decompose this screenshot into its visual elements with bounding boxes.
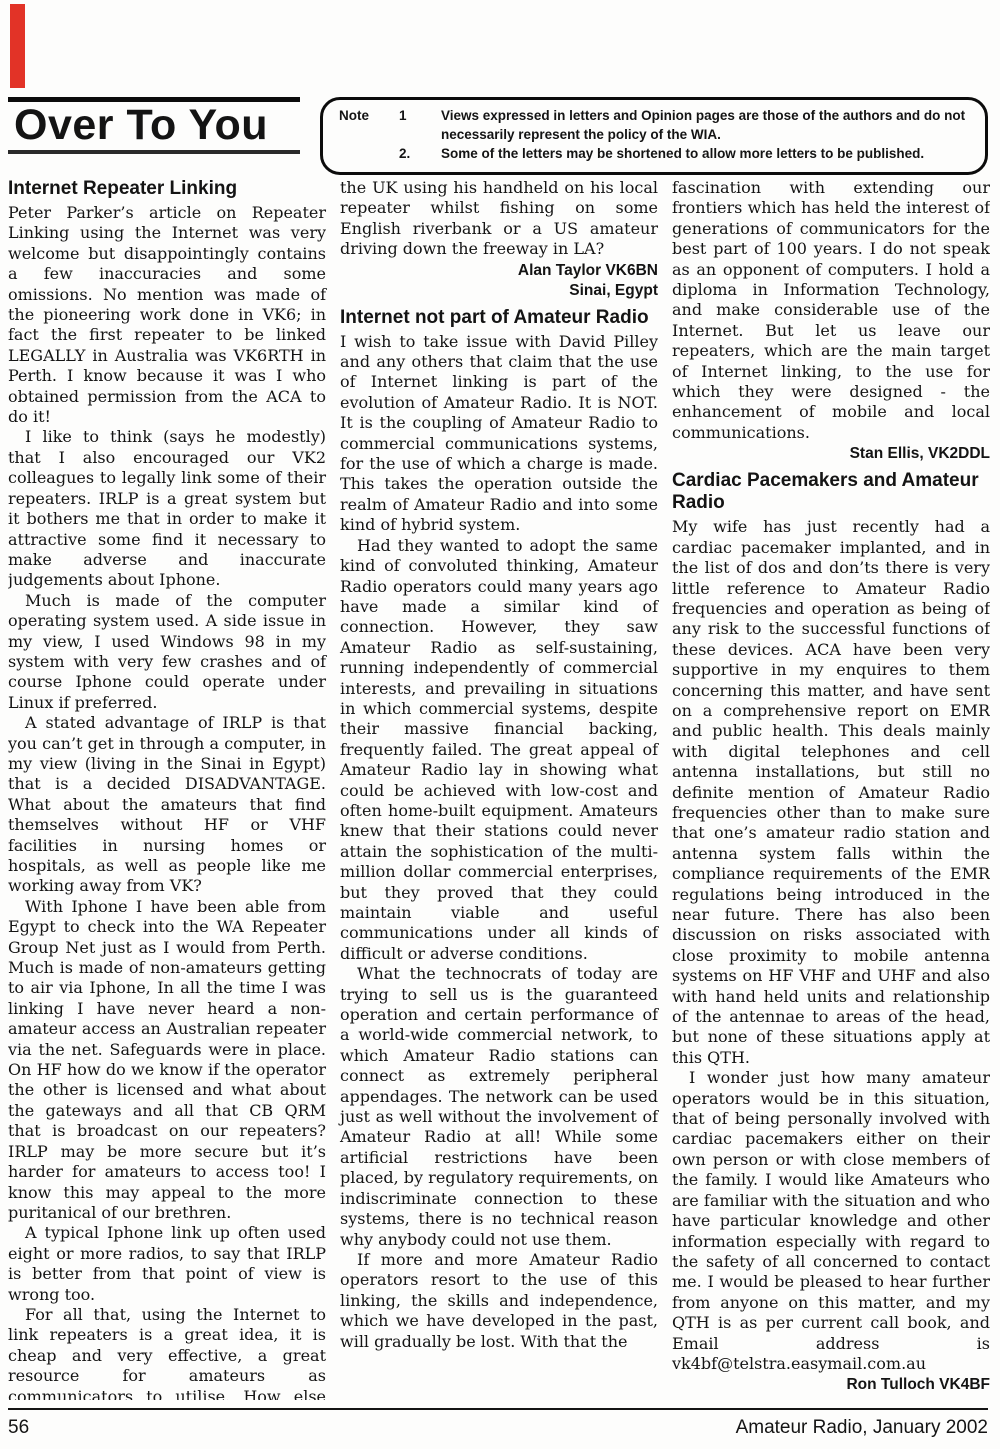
column-1: Internet Repeater Linking Peter Parker’s… bbox=[8, 178, 326, 1400]
note-item-number: 1 bbox=[399, 107, 441, 145]
letter-paragraph: A typical Iphone link up often used eigh… bbox=[8, 1223, 326, 1305]
letter-heading: Internet not part of Amateur Radio bbox=[340, 307, 658, 329]
column-2: the UK using his handheld on his local r… bbox=[340, 178, 658, 1400]
letter-signature: Alan Taylor VK6BN bbox=[340, 261, 658, 280]
letter-paragraph: fascination with extending our frontiers… bbox=[672, 178, 990, 443]
letter-paragraph: A stated advantage of IRLP is that you c… bbox=[8, 713, 326, 897]
letter-paragraph: the UK using his handheld on his local r… bbox=[340, 178, 658, 260]
letter-heading: Cardiac Pacemakers and Amateur Radio bbox=[672, 470, 990, 514]
letters-columns: Internet Repeater Linking Peter Parker’s… bbox=[8, 178, 990, 1400]
magazine-page: Over To You Note 1 Views expressed in le… bbox=[0, 0, 1000, 1449]
letter-paragraph: Much is made of the computer operating s… bbox=[8, 591, 326, 713]
note-item-number: 2. bbox=[399, 145, 441, 164]
letter-paragraph: If more and more Amateur Radio operators… bbox=[340, 1250, 658, 1352]
note-row: Note 1 Views expressed in letters and Op… bbox=[339, 107, 969, 145]
section-title-block: Over To You bbox=[8, 97, 300, 154]
page-header: Over To You Note 1 Views expressed in le… bbox=[8, 97, 988, 175]
publication-name: Amateur Radio, January 2002 bbox=[736, 1417, 988, 1439]
letter-paragraph: Had they wanted to adopt the same kind o… bbox=[340, 536, 658, 965]
letter-paragraph: For all that, using the Internet to link… bbox=[8, 1305, 326, 1400]
note-item-text: Views expressed in letters and Opinion p… bbox=[441, 107, 969, 145]
page-title: Over To You bbox=[8, 103, 300, 147]
letter-signature: Ron Tulloch VK4BF bbox=[672, 1375, 990, 1394]
letter-signature-location: Sinai, Egypt bbox=[340, 281, 658, 300]
letter-paragraph: I wonder just how many amateur operators… bbox=[672, 1068, 990, 1374]
column-3: fascination with extending our frontiers… bbox=[672, 178, 990, 1400]
page-number: 56 bbox=[8, 1417, 29, 1439]
red-registration-mark bbox=[10, 4, 25, 88]
page-footer: 56 Amateur Radio, January 2002 bbox=[8, 1408, 988, 1439]
letter-signature: Stan Ellis, VK2DDL bbox=[672, 444, 990, 463]
letter-heading: Internet Repeater Linking bbox=[8, 178, 326, 200]
letter-paragraph: My wife has just recently had a cardiac … bbox=[672, 517, 990, 1068]
letter-paragraph: What the technocrats of today are trying… bbox=[340, 964, 658, 1250]
letter-paragraph: I like to think (says he modestly) that … bbox=[8, 427, 326, 590]
note-item-text: Some of the letters may be shortened to … bbox=[441, 145, 969, 164]
letter-paragraph: With Iphone I have been able from Egypt … bbox=[8, 897, 326, 1224]
letter-paragraph: I wish to take issue with David Pilley a… bbox=[340, 332, 658, 536]
letter-paragraph: Peter Parker’s article on Repeater Linki… bbox=[8, 203, 326, 427]
note-row: 2. Some of the letters may be shortened … bbox=[339, 145, 969, 164]
editor-note-box: Note 1 Views expressed in letters and Op… bbox=[320, 97, 988, 175]
note-label: Note bbox=[339, 107, 399, 145]
